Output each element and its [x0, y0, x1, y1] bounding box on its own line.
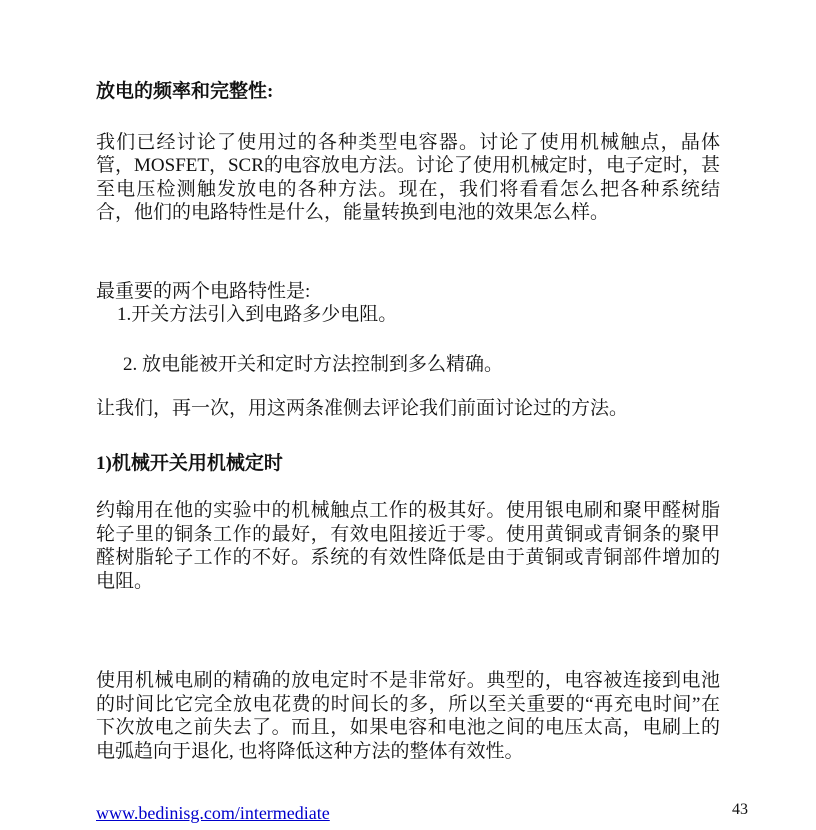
section-heading-mechanical-switch: 1)机械开关用机械定时	[96, 452, 720, 476]
paragraph-brush-timing: 使用机械电刷的精确的放电定时不是非常好。典型的，电容被连接到电池的时间比它完全放…	[96, 669, 720, 763]
page-number: 43	[732, 800, 748, 820]
section-heading-discharge-frequency: 放电的频率和完整性:	[96, 80, 720, 104]
document-page: 放电的频率和完整性: 我们已经讨论了使用过的各种类型电容器。讨论了使用机械触点，…	[0, 0, 816, 830]
paragraph-john-experiment: 约翰用在他的实验中的机械触点工作的极其好。使用银电刷和聚甲醛树脂轮子里的铜条工作…	[96, 499, 720, 593]
paragraph-criteria-apply: 让我们，再一次，用这两条准侧去评论我们前面讨论过的方法。	[96, 397, 720, 421]
criteria-intro-line: 最重要的两个电路特性是:	[96, 280, 720, 304]
criteria-item-2: 2. 放电能被开关和定时方法控制到多么精确。	[96, 353, 720, 377]
criteria-item-1: 1.开关方法引入到电路多少电阻。	[96, 303, 720, 327]
footer-website-link[interactable]: www.bedinisg.com/intermediate	[96, 803, 330, 823]
paragraph-capacitor-overview: 我们已经讨论了使用过的各种类型电容器。讨论了使用机械触点，晶体管，MOSFET，…	[96, 131, 720, 225]
document-content: 放电的频率和完整性: 我们已经讨论了使用过的各种类型电容器。讨论了使用机械触点，…	[96, 80, 720, 763]
